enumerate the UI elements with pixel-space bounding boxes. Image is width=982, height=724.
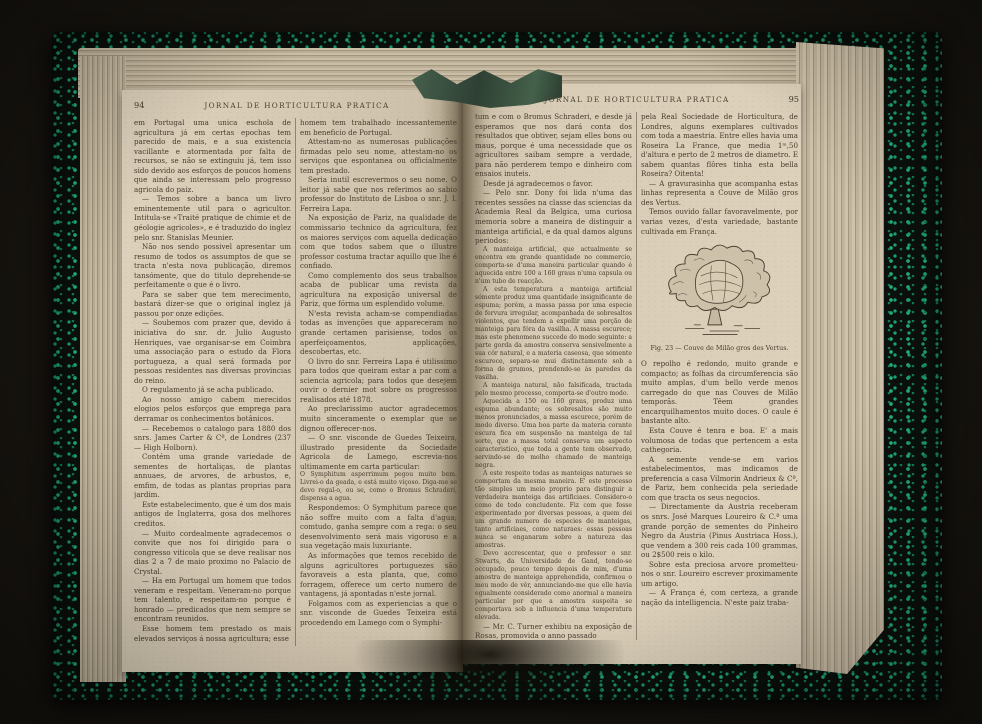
paragraph: — Recebemos o catalogo para 1880 dos snr…: [134, 424, 291, 453]
paragraph: A semente vende-se em varios estabelecim…: [641, 455, 798, 503]
paragraph: A este respeito todas as manteigas natur…: [475, 470, 632, 550]
paragraph: — Soubemos com prazer que, devido á inic…: [134, 318, 291, 385]
right-page-column-2: pela Real Sociedade de Horticultura, de …: [641, 112, 798, 644]
paragraph: — Muito cordealmente agradecemos o convi…: [134, 529, 291, 577]
left-page-column-1: em Portugal uma unica eschola de agricul…: [134, 118, 291, 650]
right-page-header: JORNAL DE HORTICULTURA PRATICA 95: [475, 94, 799, 104]
right-page-columns: tum e com o Bromus Schraderi, e desde já…: [475, 112, 799, 644]
left-page-header: 94 JORNAL DE HORTICULTURA PRATICA: [134, 100, 460, 110]
paragraph: A esta temperatura a manteiga artificial…: [475, 286, 632, 382]
paragraph: — Mr. C. Turner exhibiu na exposição de …: [475, 622, 632, 641]
left-running-title: JORNAL DE HORTICULTURA PRATICA: [172, 101, 422, 110]
right-col2-top-paragraphs: pela Real Sociedade de Horticultura, de …: [641, 112, 798, 236]
paragraph: em Portugal uma unica eschola de agricul…: [134, 118, 291, 194]
right-page-column-1: tum e com o Bromus Schraderi, e desde já…: [475, 112, 632, 644]
paragraph: Temos ouvido fallar favoravelmente, por …: [641, 207, 798, 236]
paragraph: Ao preclarissimo auctor agradecemos muit…: [300, 404, 457, 433]
paragraph: tum e com o Bromus Schraderi, e desde já…: [475, 112, 632, 179]
page-edges-left: [80, 56, 126, 682]
paragraph: Sobre esta preciosa arvore prometteu-nos…: [641, 560, 798, 589]
paragraph: — Directamente da Austria receberam os s…: [641, 502, 798, 559]
paragraph: Para se saber que tem merecimento, basta…: [134, 290, 291, 319]
paragraph: — O snr. visconde de Guedes Teixeira, il…: [300, 433, 457, 471]
left-page-number: 94: [134, 100, 172, 110]
left-page-columns: em Portugal uma unica eschola de agricul…: [134, 118, 460, 650]
paragraph: Desde já agradecemos o favor.: [475, 179, 632, 189]
paragraph: Attestam-no as numerosas publicações fir…: [300, 137, 457, 175]
left-page-column-2: homem tem trabalhado incessantemente em …: [300, 118, 457, 650]
paragraph: As informações que temos recebido de alg…: [300, 551, 457, 599]
paragraph: Respondemos: O Symphitum parece que não …: [300, 503, 457, 551]
paragraph: O repolho é redondo, muito grande e comp…: [641, 359, 798, 426]
paragraph: N'esta revista acham-se compendiadas tod…: [300, 309, 457, 357]
paragraph: Aquecida a 150 ou 160 graus, produz uma …: [475, 398, 632, 470]
paragraph: — A França é, com certeza, a grande naçã…: [641, 588, 798, 607]
page-edges-right: [796, 42, 884, 674]
paragraph: Não nos sendo possivel apresentar um res…: [134, 242, 291, 290]
paragraph: — Pelo snr. Dony foi lida n'uma das rece…: [475, 188, 632, 245]
paragraph: homem tem trabalhado incessantemente em …: [300, 118, 457, 137]
paragraph: Seria inutil escrevermos o seu nome. O l…: [300, 175, 457, 213]
paragraph: Esta Couve é tenra e boa. E' a mais volu…: [641, 426, 798, 455]
paragraph: Esse homem tem prestado os mais elevados…: [134, 624, 291, 643]
paragraph: — Temos sobre a banca um livro eminentem…: [134, 194, 291, 242]
right-page-number: 95: [761, 94, 799, 104]
left-column-rule: [295, 118, 296, 646]
paragraph: Na exposição de Pariz, na qualidade de c…: [300, 213, 457, 270]
paragraph: A manteiga artificial, que actualmente s…: [475, 246, 632, 286]
paragraph: Este estabelecimento, que é um dos mais …: [134, 500, 291, 529]
paragraph: O regulamento já se acha publicado.: [134, 385, 291, 395]
paragraph: — A gravurasinha que acompanha estas lin…: [641, 179, 798, 208]
paragraph: A manteiga natural, não falsificada, tra…: [475, 382, 632, 398]
paragraph: Devo accrescentar, que o professor o snr…: [475, 550, 632, 622]
paragraph: — Ha em Portugal um homem que todos vene…: [134, 576, 291, 624]
paragraph: pela Real Sociedade de Horticultura, de …: [641, 112, 798, 179]
paragraph: Contém uma grande variedade de sementes …: [134, 452, 291, 500]
right-col2-bottom-paragraphs: O repolho é redondo, muito grande e comp…: [641, 359, 798, 607]
left-page: 94 JORNAL DE HORTICULTURA PRATICA em Por…: [134, 100, 460, 656]
paragraph: Ao nosso amigo cabem merecidos elogios p…: [134, 395, 291, 424]
cabbage-engraving: [659, 241, 781, 339]
paragraph: Folgamos com as experiencias a que o snr…: [300, 599, 457, 628]
figure-cabbage: Fig. 23 — Couve de Milão gros des Vertus…: [641, 241, 798, 353]
paragraph: Como complemento dos seus trabalhos acab…: [300, 271, 457, 309]
paragraph: O Symphitum asperrimum pegou muito bem. …: [300, 471, 457, 503]
figure-caption: Fig. 23 — Couve de Milão gros des Vertus…: [641, 344, 798, 354]
paragraph: O livro do snr. Ferreira Lapa é utilissi…: [300, 357, 457, 405]
right-page: JORNAL DE HORTICULTURA PRATICA 95 tum e …: [475, 94, 799, 650]
right-column-rule: [636, 112, 637, 640]
right-running-title: JORNAL DE HORTICULTURA PRATICA: [513, 95, 761, 104]
